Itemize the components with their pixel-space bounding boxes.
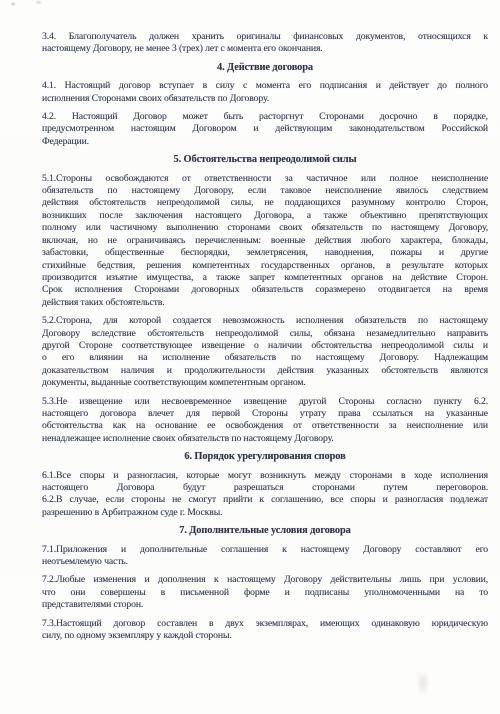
clause-6-1: 6.1.Все споры и разногласия, которые мог… [42, 470, 488, 495]
clause-5-1: 5.1.Стороны освобождаются от ответственн… [42, 173, 488, 309]
clause-4-1: 4.1. Настоящий договор вступает в силу с… [42, 80, 488, 105]
text-line: 3.4. Благополучатель должен хранить ориг… [42, 31, 488, 43]
text-line: обстоятельства как на основание ее освоб… [42, 420, 488, 432]
text-line: документы, выданные соответствующим комп… [42, 377, 488, 389]
scan-speck-artifact [35, 0, 42, 5]
section-heading-7: 7. Дополнительные условия договора [42, 525, 488, 537]
text-line: что они совершены в письменной форме и п… [42, 587, 488, 599]
text-line: забастовки, общественные беспорядки, зем… [42, 247, 488, 259]
text-line: настоящего договора влечет для первой Ст… [42, 408, 488, 420]
section-heading-6: 6. Порядок урегулирования споров [42, 451, 488, 463]
text-line: настоящему Договору, не менее 3 (трех) л… [42, 43, 488, 55]
clause-5-3: 5.3.Не извещение или несвоевременное изв… [42, 396, 488, 446]
text-line: 7.1.Приложения и дополнительные соглашен… [42, 544, 488, 556]
text-line: 7.3.Настоящий договор составлен в двух э… [42, 618, 488, 630]
text-line: исполнения Сторонами своих обязательств … [42, 93, 488, 105]
section-heading-5: 5. Обстоятельства непреодолимой силы [42, 154, 488, 166]
text-line: доказательством наличия и продолжительно… [42, 365, 488, 377]
text-line: 5.1.Стороны освобождаются от ответственн… [42, 173, 488, 185]
text-line: 6.1.Все споры и разногласия, которые мог… [42, 470, 488, 482]
clause-5-2: 5.2.Сторона, для которой создается невоз… [42, 315, 488, 389]
text-line: Федерации. [42, 136, 488, 148]
clause-7-3: 7.3.Настоящий договор составлен в двух э… [42, 618, 488, 643]
text-line: стихийные бедствия, решения компетентных… [42, 260, 488, 272]
text-line: Договору вследствие обстоятельств непрео… [42, 328, 488, 340]
text-line: действия таких обстоятельств. [42, 297, 488, 309]
text-line: 4.1. Настоящий договор вступает в силу с… [42, 80, 488, 92]
text-line: представителями сторон. [42, 599, 488, 611]
text-line: 5.2.Сторона, для которой создается невоз… [42, 315, 488, 327]
text-line: 5.3.Не извещение или несвоевременное изв… [42, 396, 488, 408]
text-line: предусмотренном настоящим Договором и де… [42, 123, 488, 135]
text-line: Срок исполнения Сторонами договорных обя… [42, 284, 488, 296]
text-line: разрешению в Арбитражном суде г. Москвы. [42, 507, 488, 519]
text-line: производится изъятие имущества, а также … [42, 272, 488, 284]
clause-3-4: 3.4. Благополучатель должен хранить ориг… [42, 31, 488, 56]
text-line: силу, по одному экземпляру у каждой стор… [42, 630, 488, 642]
text-line: о его влиянии на исполнение обязательств… [42, 352, 488, 364]
clause-6-2: 6.2.В случае, если стороны не смогут при… [42, 494, 488, 519]
text-line: возникших после заключения настоящего До… [42, 210, 488, 222]
text-line: действия обстоятельств непреодолимой сил… [42, 197, 488, 209]
clause-7-2: 7.2.Любые изменения и дополнения к насто… [42, 574, 488, 611]
text-line: включая, но не ограничиваясь перечисленн… [42, 235, 488, 247]
text-line: обязательств по настоящему Договору, есл… [42, 185, 488, 197]
document-blocks: 3.4. Благополучатель должен хранить ориг… [42, 31, 488, 648]
clause-4-2: 4.2. Настоящий Договор может быть растор… [42, 111, 488, 148]
text-line: неотъемлемую часть. [42, 556, 488, 568]
scan-speck-artifact [10, 2, 16, 6]
text-line: ненадлежащее исполнение своих обязательс… [42, 433, 488, 445]
text-line: полному или частичному выполнению сторон… [42, 222, 488, 234]
clause-7-1: 7.1.Приложения и дополнительные соглашен… [42, 544, 488, 569]
contract-page: 3.4. Благополучатель должен хранить ориг… [0, 0, 500, 714]
text-line: настоящего Договора будут разрешаться ст… [42, 482, 488, 494]
text-line: 6.2.В случае, если стороны не смогут при… [42, 494, 488, 506]
section-heading-4: 4. Действие договора [42, 62, 488, 74]
text-line: другой Стороне соответствующее извещение… [42, 340, 488, 352]
scan-smudge-artifact [416, 670, 430, 696]
text-line: 7.2.Любые изменения и дополнения к насто… [42, 574, 488, 586]
text-line: 4.2. Настоящий Договор может быть растор… [42, 111, 488, 123]
